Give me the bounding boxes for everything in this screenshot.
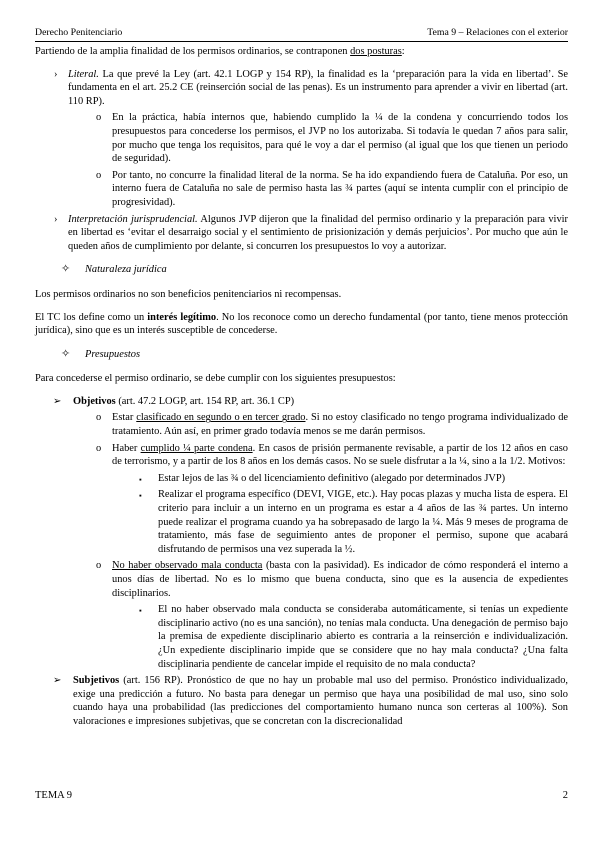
intro-text: Partiendo de la amplia finalidad de los … <box>35 46 350 57</box>
chevron-bullet-icon: › <box>54 213 57 227</box>
intro-paragraph: Partiendo de la amplia finalidad de los … <box>35 45 568 59</box>
naturaleza-paragraph-2: El TC los define como un interés legítim… <box>35 311 568 338</box>
circle-bullet-icon: o <box>96 411 101 425</box>
list-item-clasificado: o Estar clasificado en segundo o en terc… <box>35 411 568 438</box>
subjetivos-text: (art. 156 RP). Pronóstico de que no hay … <box>73 675 568 727</box>
circle-bullet-icon: o <box>96 169 101 183</box>
expediente-text: El no haber observado mala conducta se c… <box>158 604 568 669</box>
intro-underlined-text: dos posturas <box>350 46 402 57</box>
list-item-jurisprudencial: › Interpretación jurisprudencial. Alguno… <box>35 213 568 254</box>
document-page: Derecho Penitenciario Tema 9 – Relacione… <box>0 0 600 848</box>
list-item-practica: o En la práctica, había internos que, ha… <box>35 111 568 165</box>
square-bullet-icon: ▪ <box>139 489 142 503</box>
list-item-mala-conducta: o No haber observado mala conducta (bast… <box>35 559 568 600</box>
footer-page-number: 2 <box>563 790 568 801</box>
programa-text: Realizar el programa específico (DEVI, V… <box>158 489 568 554</box>
header-topic-title: Tema 9 – Relaciones con el exterior <box>427 27 568 39</box>
diamond-bullet-icon: ✧ <box>61 348 70 362</box>
por-tanto-text: Por tanto, no concurre la finalidad lite… <box>112 170 568 208</box>
list-item-cumplido: o Haber cumplido ¼ parte condena. En cas… <box>35 442 568 469</box>
circle-bullet-icon: o <box>96 442 101 456</box>
literal-text: La que prevé la Ley (art. 42.1 LOGP y 15… <box>68 69 568 107</box>
page-footer: TEMA 9 2 <box>35 790 568 801</box>
square-bullet-icon: ▪ <box>139 604 142 618</box>
square-bullet-icon: ▪ <box>139 473 142 487</box>
list-item-literal: › Literal. La que prevé la Ley (art. 42.… <box>35 68 568 109</box>
chevron-bullet-icon: › <box>54 68 57 82</box>
list-item-expediente: ▪ El no haber observado mala conducta se… <box>35 603 568 671</box>
circle-bullet-icon: o <box>96 111 101 125</box>
naturaleza-p2-text: El TC los define como un <box>35 312 147 323</box>
subjetivos-label: Subjetivos <box>73 675 119 686</box>
naturaleza-title: Naturaleza jurídica <box>85 264 167 275</box>
interes-legitimo-bold: interés legítimo <box>147 312 216 323</box>
intro-colon: : <box>402 46 405 57</box>
circle-bullet-icon: o <box>96 559 101 573</box>
list-item-estar-lejos: ▪ Estar lejos de las ¾ o del licenciamie… <box>35 472 568 486</box>
section-heading-presupuestos: ✧ Presupuestos <box>35 348 568 362</box>
arrowhead-bullet-icon: ➢ <box>53 395 61 409</box>
literal-lead: Literal. <box>68 69 99 80</box>
list-item-programa: ▪ Realizar el programa específico (DEVI,… <box>35 488 568 556</box>
document-body: Partiendo de la amplia finalidad de los … <box>35 45 568 732</box>
footer-topic-label: TEMA 9 <box>35 790 72 801</box>
naturaleza-paragraph-1: Los permisos ordinarios no son beneficio… <box>35 288 568 302</box>
jurisprudencial-lead: Interpretación jurisprudencial. <box>68 214 198 225</box>
objetivos-label: Objetivos <box>73 396 116 407</box>
cumplido-underlined: cumplido ¼ parte condena <box>141 443 253 454</box>
diamond-bullet-icon: ✧ <box>61 263 70 277</box>
page-header: Derecho Penitenciario Tema 9 – Relacione… <box>35 27 568 42</box>
clasificado-underlined: clasificado en segundo o en tercer grado <box>136 412 305 423</box>
list-item-por-tanto: o Por tanto, no concurre la finalidad li… <box>35 169 568 210</box>
clasificado-pre: Estar <box>112 412 136 423</box>
presupuestos-intro: Para concederse el permiso ordinario, se… <box>35 372 568 386</box>
estar-lejos-text: Estar lejos de las ¾ o del licenciamient… <box>158 473 505 484</box>
objetivos-articles: (art. 47.2 LOGP, art. 154 RP, art. 36.1 … <box>116 396 294 407</box>
list-item-objetivos: ➢ Objetivos (art. 47.2 LOGP, art. 154 RP… <box>35 395 568 409</box>
header-course-title: Derecho Penitenciario <box>35 27 122 39</box>
section-heading-naturaleza: ✧ Naturaleza jurídica <box>35 263 568 277</box>
presupuestos-title: Presupuestos <box>85 349 140 360</box>
arrowhead-bullet-icon: ➢ <box>53 674 61 688</box>
list-item-subjetivos: ➢ Subjetivos (art. 156 RP). Pronóstico d… <box>35 674 568 728</box>
practica-text: En la práctica, había internos que, habi… <box>112 112 568 164</box>
mala-conducta-underlined: No haber observado mala conducta <box>112 560 262 571</box>
cumplido-pre: Haber <box>112 443 141 454</box>
